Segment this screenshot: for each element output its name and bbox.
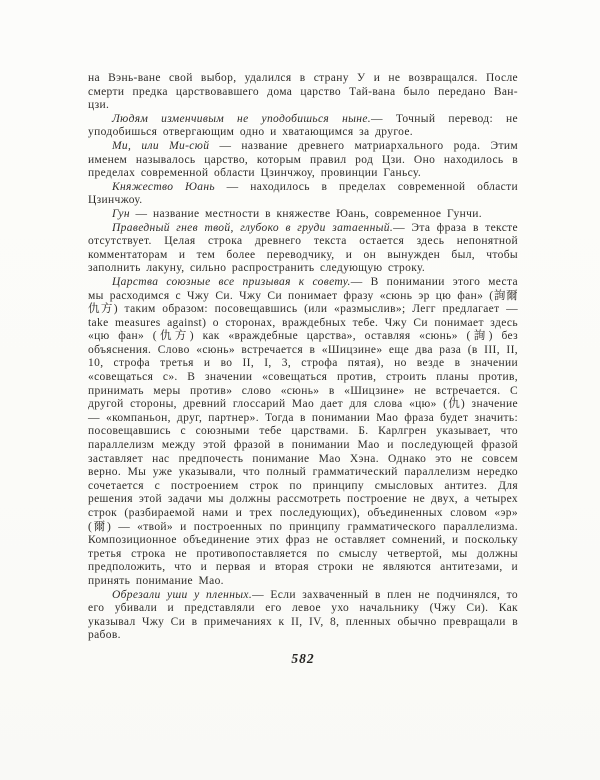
scanned-book-page: на Вэнь-ване свой выбор, удалился в стра…: [0, 0, 600, 780]
note-paragraph: Княжество Юань — находилось в пределах с…: [88, 181, 518, 208]
note-lemma: Обрезали уши у пленных.: [112, 589, 252, 601]
note-paragraph: Ми, или Ми-сюй — название древнего матри…: [88, 140, 518, 181]
note-lemma: Ми, или Ми-сюй: [112, 140, 209, 152]
paragraph-text: на Вэнь-ване свой выбор, удалился в стра…: [88, 72, 518, 111]
note-lemma: Праведный гнев твой, глубоко в груди зат…: [112, 222, 393, 234]
note-text: — В понимании этого места мы расходимся …: [88, 276, 518, 587]
note-paragraph: Царства союзные все призывая к совету.— …: [88, 276, 518, 589]
note-lemma: Людям изменчивым не уподобишься ныне.: [112, 113, 371, 125]
note-paragraph: Обрезали уши у пленных.— Если захваченны…: [88, 589, 518, 643]
note-paragraph: Гун — название местности в княжестве Юан…: [88, 208, 518, 222]
note-lemma: Гун: [112, 208, 130, 220]
paragraph-continuation: на Вэнь-ване свой выбор, удалился в стра…: [88, 72, 518, 113]
note-paragraph: Людям изменчивым не уподобишься ныне.— Т…: [88, 113, 518, 140]
note-lemma: Княжество Юань: [112, 181, 215, 193]
note-paragraph: Праведный гнев твой, глубоко в груди зат…: [88, 222, 518, 276]
text-block: на Вэнь-ване свой выбор, удалился в стра…: [88, 72, 518, 666]
note-text: — название местности в княжестве Юань, с…: [130, 208, 482, 220]
note-lemma: Царства союзные все призывая к совету.: [112, 276, 351, 288]
page-number: 582: [88, 652, 518, 666]
